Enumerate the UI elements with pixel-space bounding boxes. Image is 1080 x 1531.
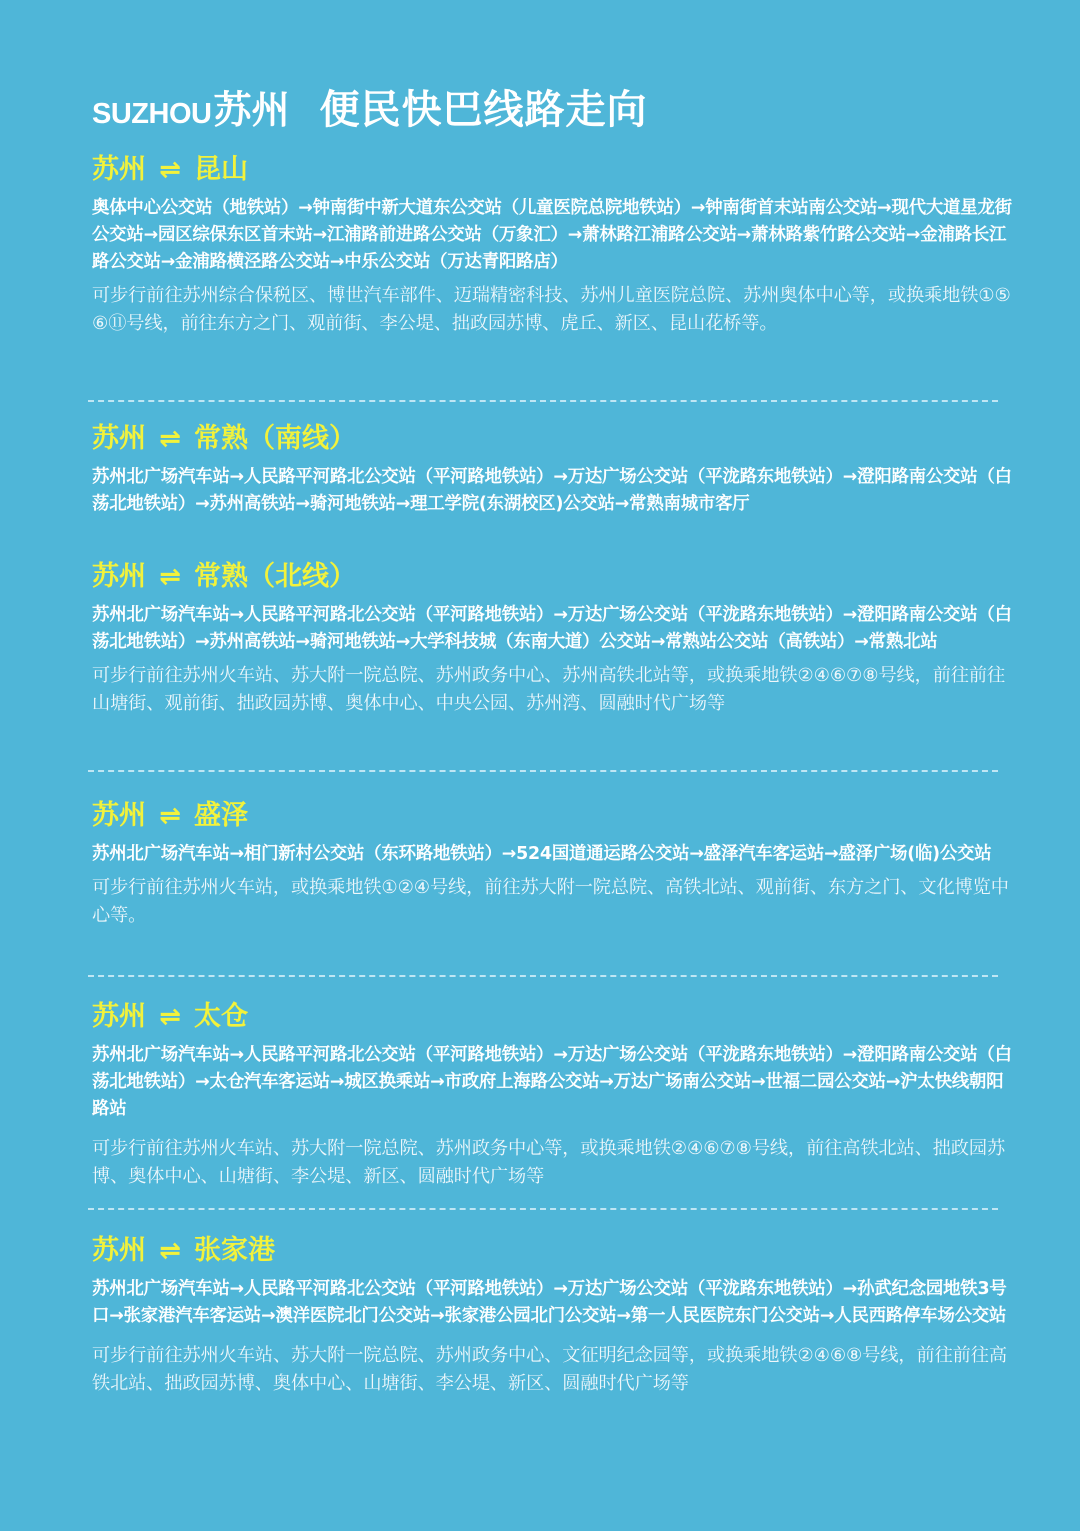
heading-from: 苏州 — [92, 559, 146, 595]
section-heading: 苏州 ⇌ 盛泽 — [92, 798, 1012, 834]
two-way-arrow-icon: ⇌ — [148, 152, 192, 188]
two-way-arrow-icon: ⇌ — [148, 1233, 192, 1269]
section-heading: 苏州 ⇌ 太仓 — [92, 999, 1012, 1035]
two-way-arrow-icon: ⇌ — [148, 559, 192, 595]
section-kunshan: 苏州 ⇌ 昆山 奥体中心公交站（地铁站）→钟南街中新大道东公交站（儿童医院总院地… — [92, 152, 1012, 338]
route-stops: 苏州北广场汽车站→人民路平河路北公交站（平河路地铁站）→万达广场公交站（平泷路东… — [92, 602, 1012, 656]
route-description: 可步行前往苏州火车站、苏大附一院总院、苏州政务中心等，或换乘地铁②④⑥⑦⑧号线，… — [92, 1135, 1012, 1191]
route-poster: SUZHOU 苏州 便民快巴线路走向 苏州 ⇌ 昆山 奥体中心公交站（地铁站）→… — [0, 0, 1080, 1531]
two-way-arrow-icon: ⇌ — [148, 421, 192, 457]
heading-to: 昆山 — [194, 152, 248, 188]
route-stops: 苏州北广场汽车站→人民路平河路北公交站（平河路地铁站）→万达广场公交站（平泷路东… — [92, 1042, 1012, 1123]
two-way-arrow-icon: ⇌ — [148, 999, 192, 1035]
heading-from: 苏州 — [92, 999, 146, 1035]
section-shengze: 苏州 ⇌ 盛泽 苏州北广场汽车站→相门新村公交站（东环路地铁站）→524国道通运… — [92, 798, 1012, 930]
route-description: 可步行前往苏州火车站，或换乘地铁①②④号线，前往苏大附一院总院、高铁北站、观前街… — [92, 874, 1012, 930]
heading-from: 苏州 — [92, 1233, 146, 1269]
section-changshu-north: 苏州 ⇌ 常熟（北线） 苏州北广场汽车站→人民路平河路北公交站（平河路地铁站）→… — [92, 559, 1012, 718]
dashed-divider — [88, 400, 998, 402]
section-heading: 苏州 ⇌ 昆山 — [92, 152, 1012, 188]
section-zhangjiagang: 苏州 ⇌ 张家港 苏州北广场汽车站→人民路平河路北公交站（平河路地铁站）→万达广… — [92, 1233, 1012, 1398]
heading-to: 常熟（北线） — [194, 559, 356, 595]
route-description: 可步行前往苏州综合保税区、博世汽车部件、迈瑞精密科技、苏州儿童医院总院、苏州奥体… — [92, 282, 1012, 338]
title-city: 苏州 — [213, 79, 289, 134]
heading-to: 太仓 — [194, 999, 248, 1035]
section-heading: 苏州 ⇌ 张家港 — [92, 1233, 1012, 1269]
section-heading: 苏州 ⇌ 常熟（南线） — [92, 421, 1012, 457]
dashed-divider — [88, 770, 998, 772]
heading-from: 苏州 — [92, 798, 146, 834]
title-latin: SUZHOU — [92, 98, 211, 131]
section-taicang: 苏州 ⇌ 太仓 苏州北广场汽车站→人民路平河路北公交站（平河路地铁站）→万达广场… — [92, 999, 1012, 1191]
route-stops: 苏州北广场汽车站→人民路平河路北公交站（平河路地铁站）→万达广场公交站（平泷路东… — [92, 1276, 1012, 1330]
heading-to: 张家港 — [194, 1233, 275, 1269]
page-title: SUZHOU 苏州 便民快巴线路走向 — [92, 78, 647, 128]
title-main: 便民快巴线路走向 — [319, 78, 647, 135]
heading-from: 苏州 — [92, 152, 146, 188]
heading-to: 常熟（南线） — [194, 421, 356, 457]
heading-to: 盛泽 — [194, 798, 248, 834]
dashed-divider — [88, 975, 998, 977]
route-stops: 苏州北广场汽车站→相门新村公交站（东环路地铁站）→524国道通运路公交站→盛泽汽… — [92, 841, 1012, 868]
two-way-arrow-icon: ⇌ — [148, 798, 192, 834]
heading-from: 苏州 — [92, 421, 146, 457]
route-stops: 苏州北广场汽车站→人民路平河路北公交站（平河路地铁站）→万达广场公交站（平泷路东… — [92, 464, 1012, 518]
section-changshu-south: 苏州 ⇌ 常熟（南线） 苏州北广场汽车站→人民路平河路北公交站（平河路地铁站）→… — [92, 421, 1012, 518]
dashed-divider — [88, 1208, 998, 1210]
route-description: 可步行前往苏州火车站、苏大附一院总院、苏州政务中心、苏州高铁北站等，或换乘地铁②… — [92, 662, 1012, 718]
route-description: 可步行前往苏州火车站、苏大附一院总院、苏州政务中心、文征明纪念园等，或换乘地铁②… — [92, 1342, 1012, 1398]
route-stops: 奥体中心公交站（地铁站）→钟南街中新大道东公交站（儿童医院总院地铁站）→钟南街首… — [92, 195, 1012, 276]
section-heading: 苏州 ⇌ 常熟（北线） — [92, 559, 1012, 595]
